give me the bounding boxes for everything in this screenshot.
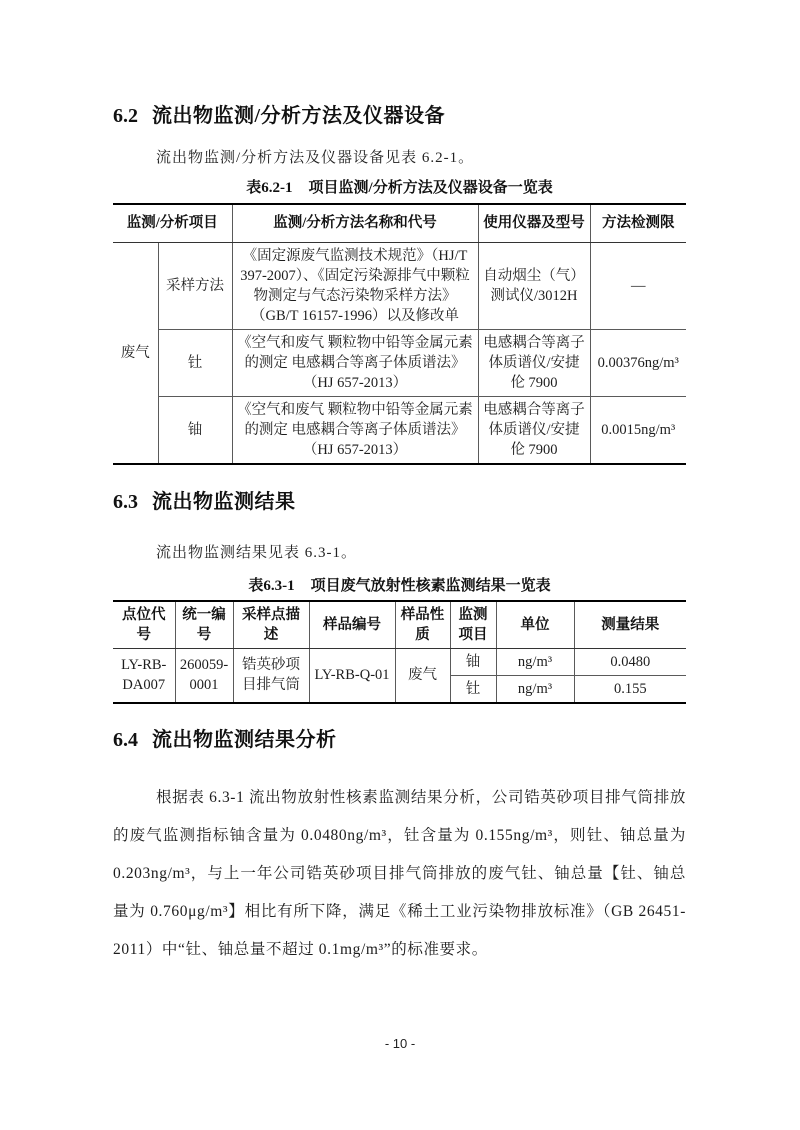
- cell-instrument: 电感耦合等离子体质谱仪/安捷伦 7900: [478, 396, 590, 464]
- cell-limit: 0.0015ng/m³: [590, 396, 686, 464]
- table-row: 铀 《空气和废气 颗粒物中铅等金属元素的测定 电感耦合等离子体质谱法》（HJ 6…: [113, 396, 686, 464]
- table-caption-title: 项目监测/分析方法及仪器设备一览表: [309, 180, 553, 196]
- table-caption-number: 表6.3-1: [248, 578, 294, 594]
- section-heading-6-4: 6.4流出物监测结果分析: [113, 727, 686, 754]
- header-cell-sample-no: 样品编号: [309, 601, 395, 649]
- page-number: - 10 -: [0, 1036, 800, 1051]
- cell-item: 铀: [158, 396, 232, 464]
- cell-instrument: 自动烟尘（气）测试仪/3012H: [478, 242, 590, 329]
- header-cell-sample-type: 样品性质: [395, 601, 450, 649]
- table-row: LY-RB-DA007 260059-0001 锆英砂项目排气筒 LY-RB-Q…: [113, 648, 686, 675]
- cell-monitor-item: 铀: [450, 648, 496, 675]
- section-heading-6-3: 6.3流出物监测结果: [113, 489, 686, 516]
- table-header-row: 点位代号 统一编号 采样点描述 样品编号 样品性质 监测项目 单位 测量结果: [113, 601, 686, 649]
- document-page: 6.2流出物监测/分析方法及仪器设备 流出物监测/分析方法及仪器设备见表 6.2…: [0, 0, 800, 1130]
- section-number: 6.3: [113, 491, 138, 513]
- cell-instrument: 电感耦合等离子体质谱仪/安捷伦 7900: [478, 329, 590, 396]
- table-6-3-1: 点位代号 统一编号 采样点描述 样品编号 样品性质 监测项目 单位 测量结果 L…: [113, 600, 686, 704]
- header-cell-unified-no: 统一编号: [175, 601, 233, 649]
- header-cell-method: 监测/分析方法名称和代号: [232, 204, 478, 242]
- cell-method: 《空气和废气 颗粒物中铅等金属元素的测定 电感耦合等离子体质谱法》（HJ 657…: [232, 329, 478, 396]
- section-title: 流出物监测/分析方法及仪器设备: [152, 105, 445, 127]
- cell-unit: ng/m³: [496, 675, 574, 703]
- header-cell-monitor-item: 监测项目: [450, 601, 496, 649]
- cell-monitor-item: 钍: [450, 675, 496, 703]
- section-6-3-intro: 流出物监测结果见表 6.3-1。: [113, 542, 686, 564]
- cell-limit: 0.00376ng/m³: [590, 329, 686, 396]
- header-cell-item: 监测/分析项目: [113, 204, 232, 242]
- cell-result: 0.0480: [574, 648, 686, 675]
- section-6-2-intro: 流出物监测/分析方法及仪器设备见表 6.2-1。: [113, 147, 686, 169]
- header-cell-result: 测量结果: [574, 601, 686, 649]
- header-cell-unit: 单位: [496, 601, 574, 649]
- section-title: 流出物监测结果分析: [152, 729, 337, 751]
- section-title: 流出物监测结果: [152, 491, 296, 513]
- section-number: 6.4: [113, 729, 138, 751]
- table-header-row: 监测/分析项目 监测/分析方法名称和代号 使用仪器及型号 方法检测限: [113, 204, 686, 242]
- cell-result: 0.155: [574, 675, 686, 703]
- cell-item: 钍: [158, 329, 232, 396]
- table-row: 废气 采样方法 《固定源废气监测技术规范》（HJ/T 397-2007）、《固定…: [113, 242, 686, 329]
- cell-point-code: LY-RB-DA007: [113, 648, 175, 703]
- header-cell-point-code: 点位代号: [113, 601, 175, 649]
- cell-sampling-point: 锆英砂项目排气筒: [233, 648, 309, 703]
- cell-sample-no: LY-RB-Q-01: [309, 648, 395, 703]
- header-cell-limit: 方法检测限: [590, 204, 686, 242]
- header-cell-instrument: 使用仪器及型号: [478, 204, 590, 242]
- section-number: 6.2: [113, 105, 138, 127]
- page-content: 6.2流出物监测/分析方法及仪器设备 流出物监测/分析方法及仪器设备见表 6.2…: [113, 0, 686, 969]
- cell-sample-type: 废气: [395, 648, 450, 703]
- cell-method: 《固定源废气监测技术规范》（HJ/T 397-2007）、《固定污染源排气中颗粒…: [232, 242, 478, 329]
- cell-unified-no: 260059-0001: [175, 648, 233, 703]
- cell-item: 采样方法: [158, 242, 232, 329]
- table-caption-number: 表6.2-1: [246, 180, 292, 196]
- cell-category: 废气: [113, 242, 158, 464]
- section-6-4-paragraph: 根据表 6.3-1 流出物放射性核素监测结果分析，公司锆英砂项目排气筒排放的废气…: [113, 779, 686, 969]
- table-caption-title: 项目废气放射性核素监测结果一览表: [311, 578, 551, 594]
- header-cell-sampling-point: 采样点描述: [233, 601, 309, 649]
- cell-limit: —: [590, 242, 686, 329]
- section-heading-6-2: 6.2流出物监测/分析方法及仪器设备: [113, 103, 686, 130]
- table-6-3-1-caption: 表6.3-1项目废气放射性核素监测结果一览表: [113, 575, 686, 597]
- table-6-2-1: 监测/分析项目 监测/分析方法名称和代号 使用仪器及型号 方法检测限 废气 采样…: [113, 203, 686, 465]
- table-6-2-1-caption: 表6.2-1项目监测/分析方法及仪器设备一览表: [113, 177, 686, 199]
- cell-unit: ng/m³: [496, 648, 574, 675]
- table-row: 钍 《空气和废气 颗粒物中铅等金属元素的测定 电感耦合等离子体质谱法》（HJ 6…: [113, 329, 686, 396]
- cell-method: 《空气和废气 颗粒物中铅等金属元素的测定 电感耦合等离子体质谱法》（HJ 657…: [232, 396, 478, 464]
